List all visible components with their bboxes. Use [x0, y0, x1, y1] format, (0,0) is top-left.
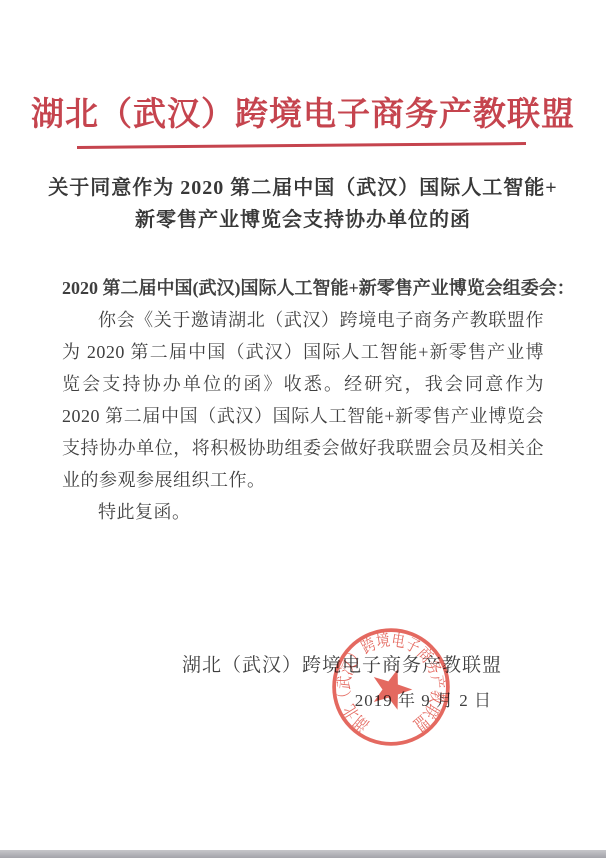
letterhead-rule: [77, 142, 526, 149]
letter-body: 2020 第二届中国(武汉)国际人工智能+新零售产业博览会组委会： 你会《关于邀…: [62, 272, 544, 528]
document-title-line-2: 新零售产业博览会支持协办单位的函: [0, 204, 606, 236]
document-title-line-1: 关于同意作为 2020 第二届中国（武汉）国际人工智能+: [0, 172, 606, 204]
scan-bottom-edge: [0, 850, 606, 858]
body-paragraph-2: 特此复函。: [62, 496, 544, 528]
seal-star-icon: [366, 663, 416, 712]
letterhead-title: 湖北（武汉）跨境电子商务产教联盟: [0, 88, 606, 135]
official-seal-icon: 湖北（武汉）跨境电子商务产教联盟: [316, 612, 466, 762]
body-paragraph-1: 你会《关于邀请湖北（武汉）跨境电子商务产教联盟作为 2020 第二届中国（武汉）…: [62, 304, 544, 496]
salutation: 2020 第二届中国(武汉)国际人工智能+新零售产业博览会组委会：: [62, 272, 544, 304]
document-title: 关于同意作为 2020 第二届中国（武汉）国际人工智能+ 新零售产业博览会支持协…: [0, 172, 606, 236]
letter-page: 湖北（武汉）跨境电子商务产教联盟 关于同意作为 2020 第二届中国（武汉）国际…: [0, 0, 606, 858]
